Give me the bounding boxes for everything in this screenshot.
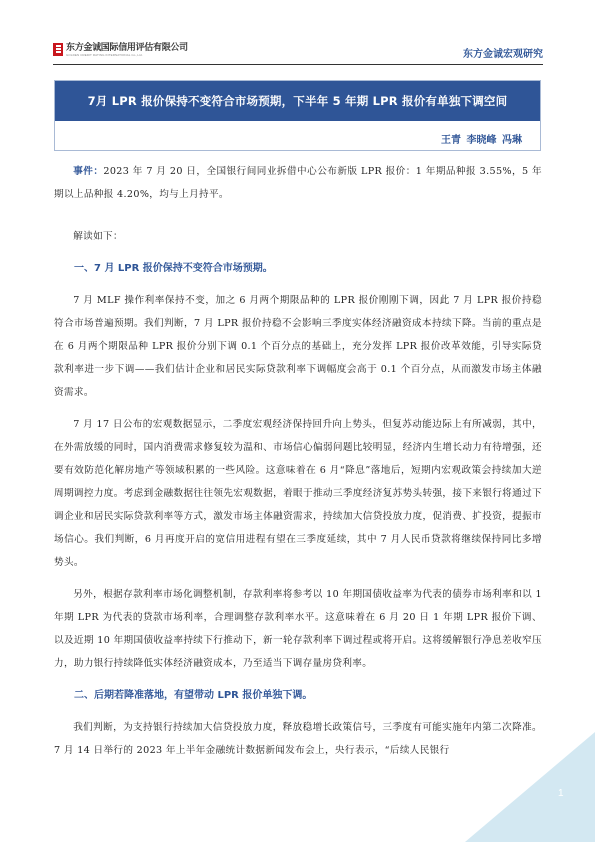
company-name-cn: 东方金诚国际信用评估有限公司 [66,43,188,53]
section-heading-2: 二、后期若降准落地，有望带动 LPR 报价单独下调。 [54,684,542,707]
event-label: 事件： [73,166,103,177]
page-corner-decoration [465,732,595,842]
page-number: 1 [558,788,564,799]
header-divider [53,64,543,65]
brand-label: 东方金诚宏观研究 [463,45,543,60]
report-body: 事件：2023 年 7 月 20 日，全国银行间同业拆借中心公布新版 LPR 报… [54,160,542,762]
company-logo: 东方金诚国际信用评估有限公司 GOLDEN CREDIT RATING INTE… [53,43,188,57]
authors: 王青 李晓峰 冯琳 [441,131,522,146]
paragraph: 7 月 17 日公布的宏观数据显示，二季度宏观经济保持回升向上势头，但复苏动能边… [54,413,542,574]
logo-mark-icon [53,43,63,56]
event-text: 2023 年 7 月 20 日，全国银行间同业拆借中心公布新版 LPR 报价：1… [54,166,542,200]
company-name-en: GOLDEN CREDIT RATING INTERNATIONAL Co.,L… [66,53,188,57]
section-heading-1: 一、7 月 LPR 报价保持不变符合市场预期。 [54,257,542,280]
title-box: 7月 LPR 报价保持不变符合市场预期，下半年 5 年期 LPR 报价有单独下调… [54,80,541,151]
paragraph: 另外，根据存款利率市场化调整机制，存款利率将参考以 10 年期国债收益率为代表的… [54,583,542,675]
intro-text: 解读如下： [54,225,542,248]
event-paragraph: 事件：2023 年 7 月 20 日，全国银行间同业拆借中心公布新版 LPR 报… [54,160,542,206]
paragraph: 7 月 MLF 操作利率保持不变，加之 6 月两个期限品种的 LPR 报价刚刚下… [54,289,542,404]
page-header: 东方金诚国际信用评估有限公司 GOLDEN CREDIT RATING INTE… [53,40,543,64]
report-title: 7月 LPR 报价保持不变符合市场预期，下半年 5 年期 LPR 报价有单独下调… [55,81,540,121]
